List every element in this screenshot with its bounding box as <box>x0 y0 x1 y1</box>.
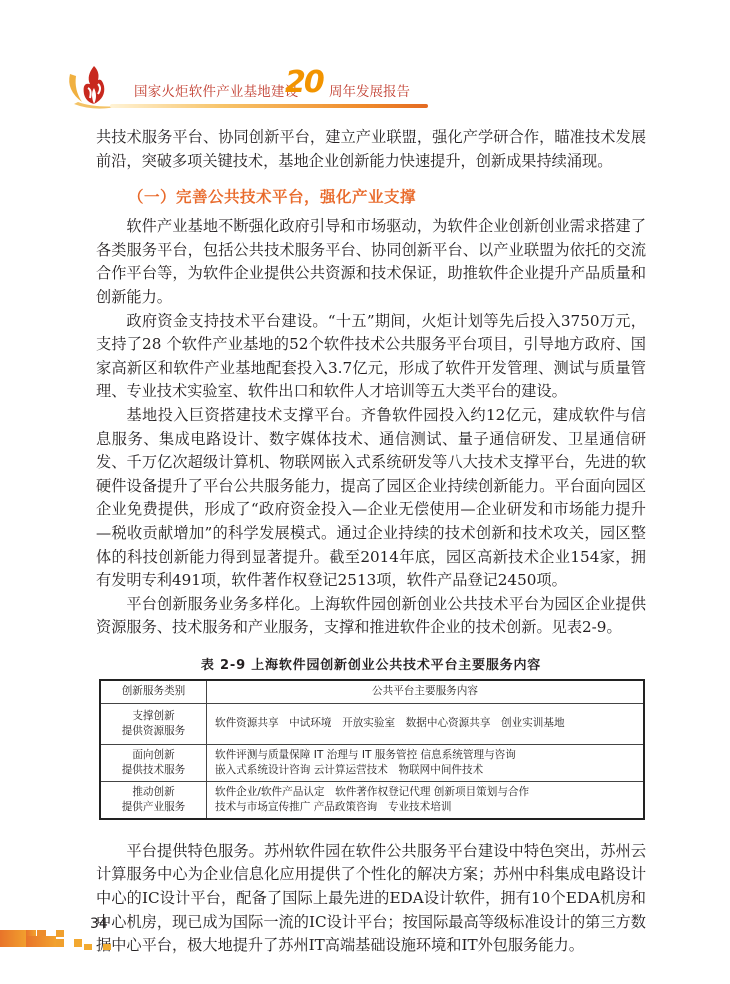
content-line: 嵌入式系统设计咨询 云计算运营技术 物联网中间件技术 <box>215 763 635 778</box>
category-cell: 支撑创新 提供资源服务 <box>100 703 207 744</box>
body-paragraph: 软件产业基地不断强化政府引导和市场驱动，为软件企业创新创业需求搭建了各类服务平台… <box>96 215 646 309</box>
table-row: 面向创新 提供技术服务 软件评测与质量保障 IT 治理与 IT 服务管控 信息系… <box>100 744 644 781</box>
body-paragraph: 政府资金支持技术平台建设。“十五”期间，火炬计划等先后投入3750万元，支持了2… <box>96 310 646 404</box>
report-title-prefix: 国家火炬软件产业基地建设 <box>134 80 298 100</box>
header-accent-line <box>110 104 428 108</box>
content-line: 软件资源共享 中试环境 开放实验室 数据中心资源共享 创业实训基地 <box>215 716 635 731</box>
category-cell: 推动创新 提供产业服务 <box>100 781 207 819</box>
section-heading: （一）完善公共技术平台，强化产业支撑 <box>128 185 646 207</box>
report-header-banner: 国家火炬软件产业基地建设 20 周年发展报告 <box>0 50 450 110</box>
table-row: 支撑创新 提供资源服务 软件资源共享 中试环境 开放实验室 数据中心资源共享 创… <box>100 703 644 744</box>
category-cell: 面向创新 提供技术服务 <box>100 744 207 781</box>
page-content: 共技术服务平台、协同创新平台，建立产业联盟，强化产学研合作，瞄准技术发展前沿，突… <box>96 126 646 958</box>
content-line: 技术与市场宣传推广 产品政策咨询 专业技术培训 <box>215 800 635 815</box>
category-line: 提供技术服务 <box>105 763 202 778</box>
body-paragraph: 平台提供特色服务。苏州软件园在软件公共服务平台建设中特色突出，苏州云计算服务中心… <box>96 840 646 958</box>
category-line: 提供资源服务 <box>105 724 202 739</box>
category-line: 支撑创新 <box>105 709 202 724</box>
intro-paragraph: 共技术服务平台、协同创新平台，建立产业联盟，强化产学研合作，瞄准技术发展前沿，突… <box>96 126 646 173</box>
category-line: 提供产业服务 <box>105 800 202 815</box>
table-row: 推动创新 提供产业服务 软件企业/软件产品认定 软件著作权登记代理 创新项目策划… <box>100 781 644 819</box>
content-cell: 软件企业/软件产品认定 软件著作权登记代理 创新项目策划与合作 技术与市场宣传推… <box>207 781 645 819</box>
category-line: 面向创新 <box>105 748 202 763</box>
column-header: 创新服务类别 <box>100 680 207 704</box>
category-line: 推动创新 <box>105 785 202 800</box>
column-header: 公共平台主要服务内容 <box>207 680 645 704</box>
content-cell: 软件资源共享 中试环境 开放实验室 数据中心资源共享 创业实训基地 <box>207 703 645 744</box>
content-line: 软件企业/软件产品认定 软件著作权登记代理 创新项目策划与合作 <box>215 785 635 800</box>
services-table: 创新服务类别 公共平台主要服务内容 支撑创新 提供资源服务 软件资源共享 中试环… <box>99 679 645 820</box>
page-number: 34 <box>90 916 108 932</box>
body-paragraph: 基地投入巨资搭建技术支撑平台。齐鲁软件园投入约12亿元，建成软件与信息服务、集成… <box>96 404 646 593</box>
content-cell: 软件评测与质量保障 IT 治理与 IT 服务管控 信息系统管理与咨询 嵌入式系统… <box>207 744 645 781</box>
table-header-row: 创新服务类别 公共平台主要服务内容 <box>100 680 644 704</box>
content-line: 软件评测与质量保障 IT 治理与 IT 服务管控 信息系统管理与咨询 <box>215 748 635 763</box>
report-title-suffix: 周年发展报告 <box>329 80 410 100</box>
body-paragraph: 平台创新服务业务多样化。上海软件园创新创业公共技术平台为园区企业提供资源服务、技… <box>96 593 646 640</box>
anniversary-number: 20 <box>285 68 323 98</box>
table-caption: 表 2-9 上海软件园创新创业公共技术平台主要服务内容 <box>96 654 646 673</box>
